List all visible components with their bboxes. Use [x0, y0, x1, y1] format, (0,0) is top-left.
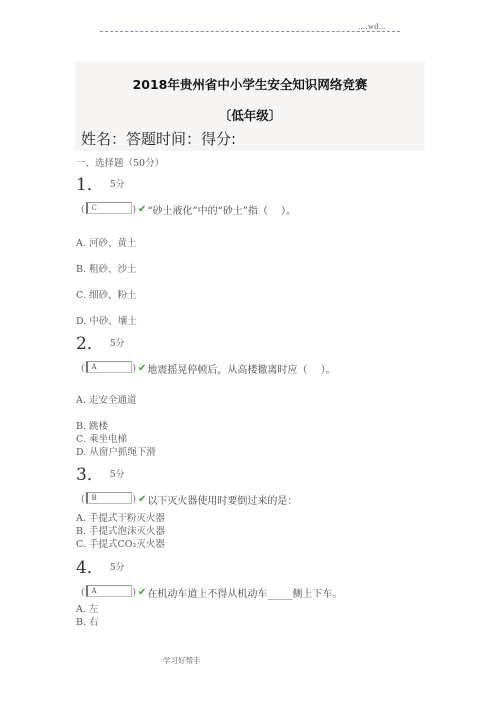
option: A. 河砂、黄土: [76, 235, 136, 249]
question-text: “砂土液化”中的“砂土”指（ ）。: [147, 202, 296, 217]
paren-open: (: [81, 364, 85, 374]
question-3-number: 3．5分: [76, 460, 125, 485]
option: C. 手提式CO₂灭火器: [76, 536, 165, 550]
question-text: 在机动车道上不得从机动车_____侧上下车。: [147, 585, 342, 600]
option: B. 粗砂、沙土: [76, 261, 137, 275]
student-info-line: 姓名：答题时间：得分:: [81, 128, 236, 149]
question-text: 以下灭火器使用时要倒过来的是：: [147, 492, 297, 507]
question-points: 5分: [110, 563, 125, 573]
option: D. 从窗户抓绳下滑: [76, 444, 156, 458]
option: B. 跳楼: [76, 418, 108, 432]
answer-field[interactable]: C: [86, 202, 132, 214]
question-number: 3．: [76, 465, 104, 485]
paren-open: (: [81, 588, 85, 598]
question-number: 1．: [76, 175, 104, 195]
question-number: 2．: [76, 334, 104, 354]
title-block: 2018年贵州省中小学生安全知识网络竞赛 〔低年级〕 姓名：答题时间：得分:: [75, 61, 425, 151]
question-number: 4．: [76, 558, 104, 578]
paren-close: ): [133, 495, 137, 505]
option: A. 左: [76, 601, 98, 615]
question-2-line: ( A ) ✔ 地震摇晃停顿后，从高楼撤离时应（ ）。: [81, 361, 336, 376]
question-text: 地震摇晃停顿后，从高楼撤离时应（ ）。: [147, 361, 335, 376]
option: D. 中砂、壤土: [76, 313, 137, 327]
checkmark-icon: ✔: [138, 204, 146, 215]
answer-field[interactable]: A: [86, 585, 132, 597]
question-1-line: ( C ) ✔ “砂土液化”中的“砂土”指（ ）。: [81, 202, 296, 217]
page-footer: 学习好帮手: [163, 655, 201, 666]
question-points: 5分: [110, 339, 125, 349]
answer-field[interactable]: B: [86, 492, 132, 504]
question-4-number: 4．5分: [76, 553, 125, 578]
question-1-number: 1．5分: [76, 170, 125, 195]
option: B. 手提式泡沫灭火器: [76, 523, 165, 537]
paren-close: ): [133, 364, 137, 374]
section-heading: 一、选择题（50分）: [76, 155, 164, 169]
answer-field[interactable]: A: [86, 361, 132, 373]
option: A. 手提式干粉灭火器: [76, 510, 165, 524]
paren-open: (: [81, 205, 85, 215]
question-points: 5分: [110, 470, 125, 480]
paren-close: ): [133, 205, 137, 215]
paren-open: (: [81, 495, 85, 505]
page-header-text: ....wd...: [358, 22, 386, 31]
page-subtitle: 〔低年级〕: [75, 106, 425, 124]
question-4-line: ( A ) ✔ 在机动车道上不得从机动车_____侧上下车。: [81, 585, 342, 600]
option: B. 右: [76, 614, 99, 628]
header-divider: [100, 31, 400, 32]
option: C. 细砂、粉土: [76, 287, 136, 301]
checkmark-icon: ✔: [138, 363, 146, 374]
question-3-line: ( B ) ✔ 以下灭火器使用时要倒过来的是：: [81, 492, 297, 507]
page-title: 2018年贵州省中小学生安全知识网络竞赛: [75, 75, 425, 93]
option: C. 乘坐电梯: [76, 431, 127, 445]
checkmark-icon: ✔: [138, 494, 146, 505]
option: A. 走安全通道: [76, 392, 136, 406]
question-2-number: 2．5分: [76, 329, 125, 354]
question-points: 5分: [110, 180, 125, 190]
checkmark-icon: ✔: [138, 587, 146, 598]
paren-close: ): [133, 588, 137, 598]
